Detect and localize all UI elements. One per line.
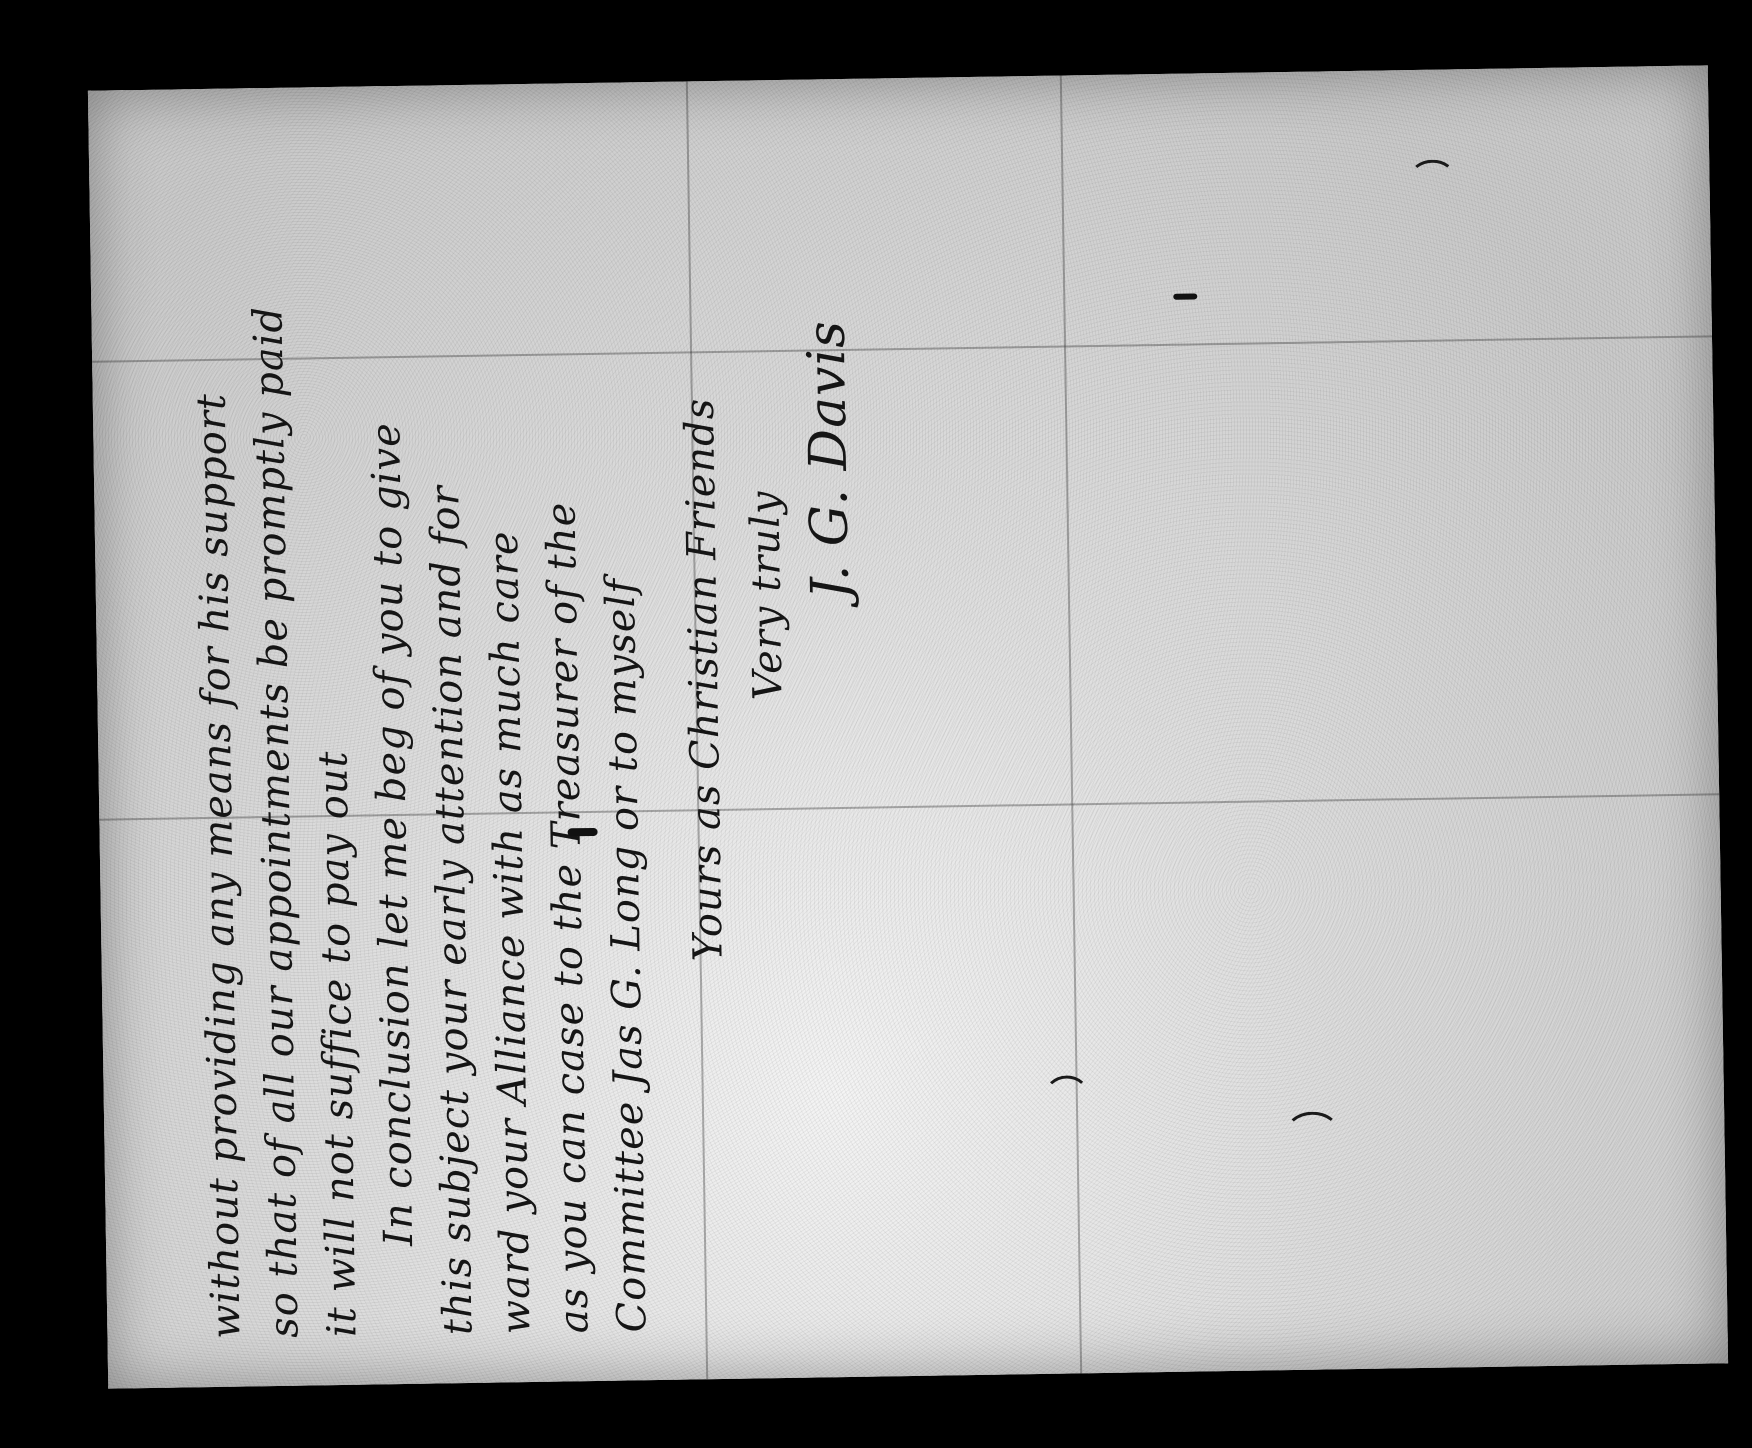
letter-body: without providing any means for his supp… xyxy=(179,132,662,1339)
ink-blot xyxy=(568,828,598,836)
letter-closing: Yours as Christian Friends Very truly J.… xyxy=(664,159,869,962)
ink-blot xyxy=(1173,293,1197,299)
signature: J. G. Davis xyxy=(792,159,869,960)
letter-page: without providing any means for his supp… xyxy=(88,65,1728,1388)
